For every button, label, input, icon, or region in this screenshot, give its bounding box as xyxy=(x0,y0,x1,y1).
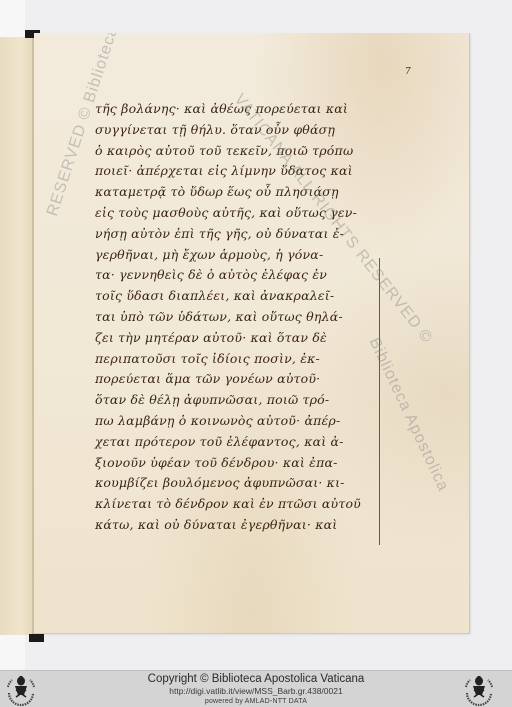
text-line: συγγίνεται τῇ θήλυ. ὅταν οὖν φθάσῃ xyxy=(95,120,375,141)
text-line: ὁ καιρὸς αὐτοῦ τοῦ τεκεῖν, ποιῶ τρόπω xyxy=(95,141,375,162)
text-line: κουμβίζει βουλόμενος ἀφυπνῶσαι· κι- xyxy=(95,473,375,494)
manuscript-text: τῆς βολάνης· καὶ ἀθέως πορεύεται καὶ συγ… xyxy=(95,99,375,536)
text-line: γερθῆναι, μὴ ἔχων ἁρμοὺς, ἡ γόνα- xyxy=(95,245,375,266)
text-line: πω λαμβάνῃ ὁ κοινωνὸς αὐτοῦ· ἀπέρ- xyxy=(95,411,375,432)
text-line: κάτω, καὶ οὐ δύναται ἐγερθῆναι· καὶ xyxy=(95,515,375,536)
text-line: κλίνεται τὸ δένδρον καὶ ἐν πτῶσι αὐτοῦ xyxy=(95,494,375,515)
text-line: νήσῃ αὐτὸν ἐπὶ τῆς γῆς, οὐ δύναται ἐ- xyxy=(95,224,375,245)
text-line: εἰς τοὺς μασθοὺς αὐτῆς, καὶ οὕτως γεν- xyxy=(95,203,375,224)
text-line: περιπατοῦσι τοῖς ἰδίοις ποσὶν, ἐκ- xyxy=(95,349,375,370)
margin-ruling-line xyxy=(379,258,380,545)
copyright-text: Copyright © Biblioteca Apostolica Vatica… xyxy=(0,673,512,685)
binding-tab-bottom xyxy=(29,634,44,642)
text-line: πορεύεται ἅμα τῶν γονέων αὐτοῦ· xyxy=(95,369,375,390)
text-line: ται ὑπὸ τῶν ὑδάτων, καὶ οὕτως θηλά- xyxy=(95,307,375,328)
facing-page-edge xyxy=(0,37,34,635)
text-line: τα· γεννηθεὶς δὲ ὁ αὐτὸς ἐλέφας ἐν xyxy=(95,265,375,286)
manuscript-viewer[interactable]: 7 τῆς βολάνης· καὶ ἀθέως πορεύεται καὶ σ… xyxy=(0,0,512,670)
text-line: τῆς βολάνης· καὶ ἀθέως πορεύεται καὶ xyxy=(95,99,375,120)
watermark: Biblioteca Apostolica xyxy=(365,335,452,495)
text-line: ὅταν δὲ θέλῃ ἀφυπνῶσαι, ποιῶ τρό- xyxy=(95,390,375,411)
text-line: ποιεῖ· ἀπέρχεται εἰς λίμνην ὕδατος καὶ xyxy=(95,161,375,182)
powered-by-text: powered by AMLAD-NTT DATA xyxy=(0,698,512,705)
copyright-footer: Copyright © Biblioteca Apostolica Vatica… xyxy=(0,670,512,707)
text-line: τοῖς ὕδασι διαπλέει, καὶ ἀνακραλεῖ- xyxy=(95,286,375,307)
folio-number: 7 xyxy=(405,67,411,77)
manuscript-page[interactable]: 7 τῆς βολάνης· καὶ ἀθέως πορεύεται καὶ σ… xyxy=(34,33,470,634)
text-line: καταμετρᾷ τὸ ὕδωρ ἕως οὗ πλησιάσῃ xyxy=(95,182,375,203)
vatican-library-seal-icon xyxy=(462,673,496,707)
permalink-url[interactable]: http://digi.vatlib.it/view/MSS_Barb.gr.4… xyxy=(0,686,512,696)
text-line: χεται πρότερον τοῦ ἐλέφαντος, καὶ ἀ- xyxy=(95,432,375,453)
text-line: ζει τὴν μητέραν αὐτοῦ· καὶ ὅταν δὲ xyxy=(95,328,375,349)
text-line: ξιονοῦν ὑφέαν τοῦ δένδρου· καὶ ἐπα- xyxy=(95,453,375,474)
